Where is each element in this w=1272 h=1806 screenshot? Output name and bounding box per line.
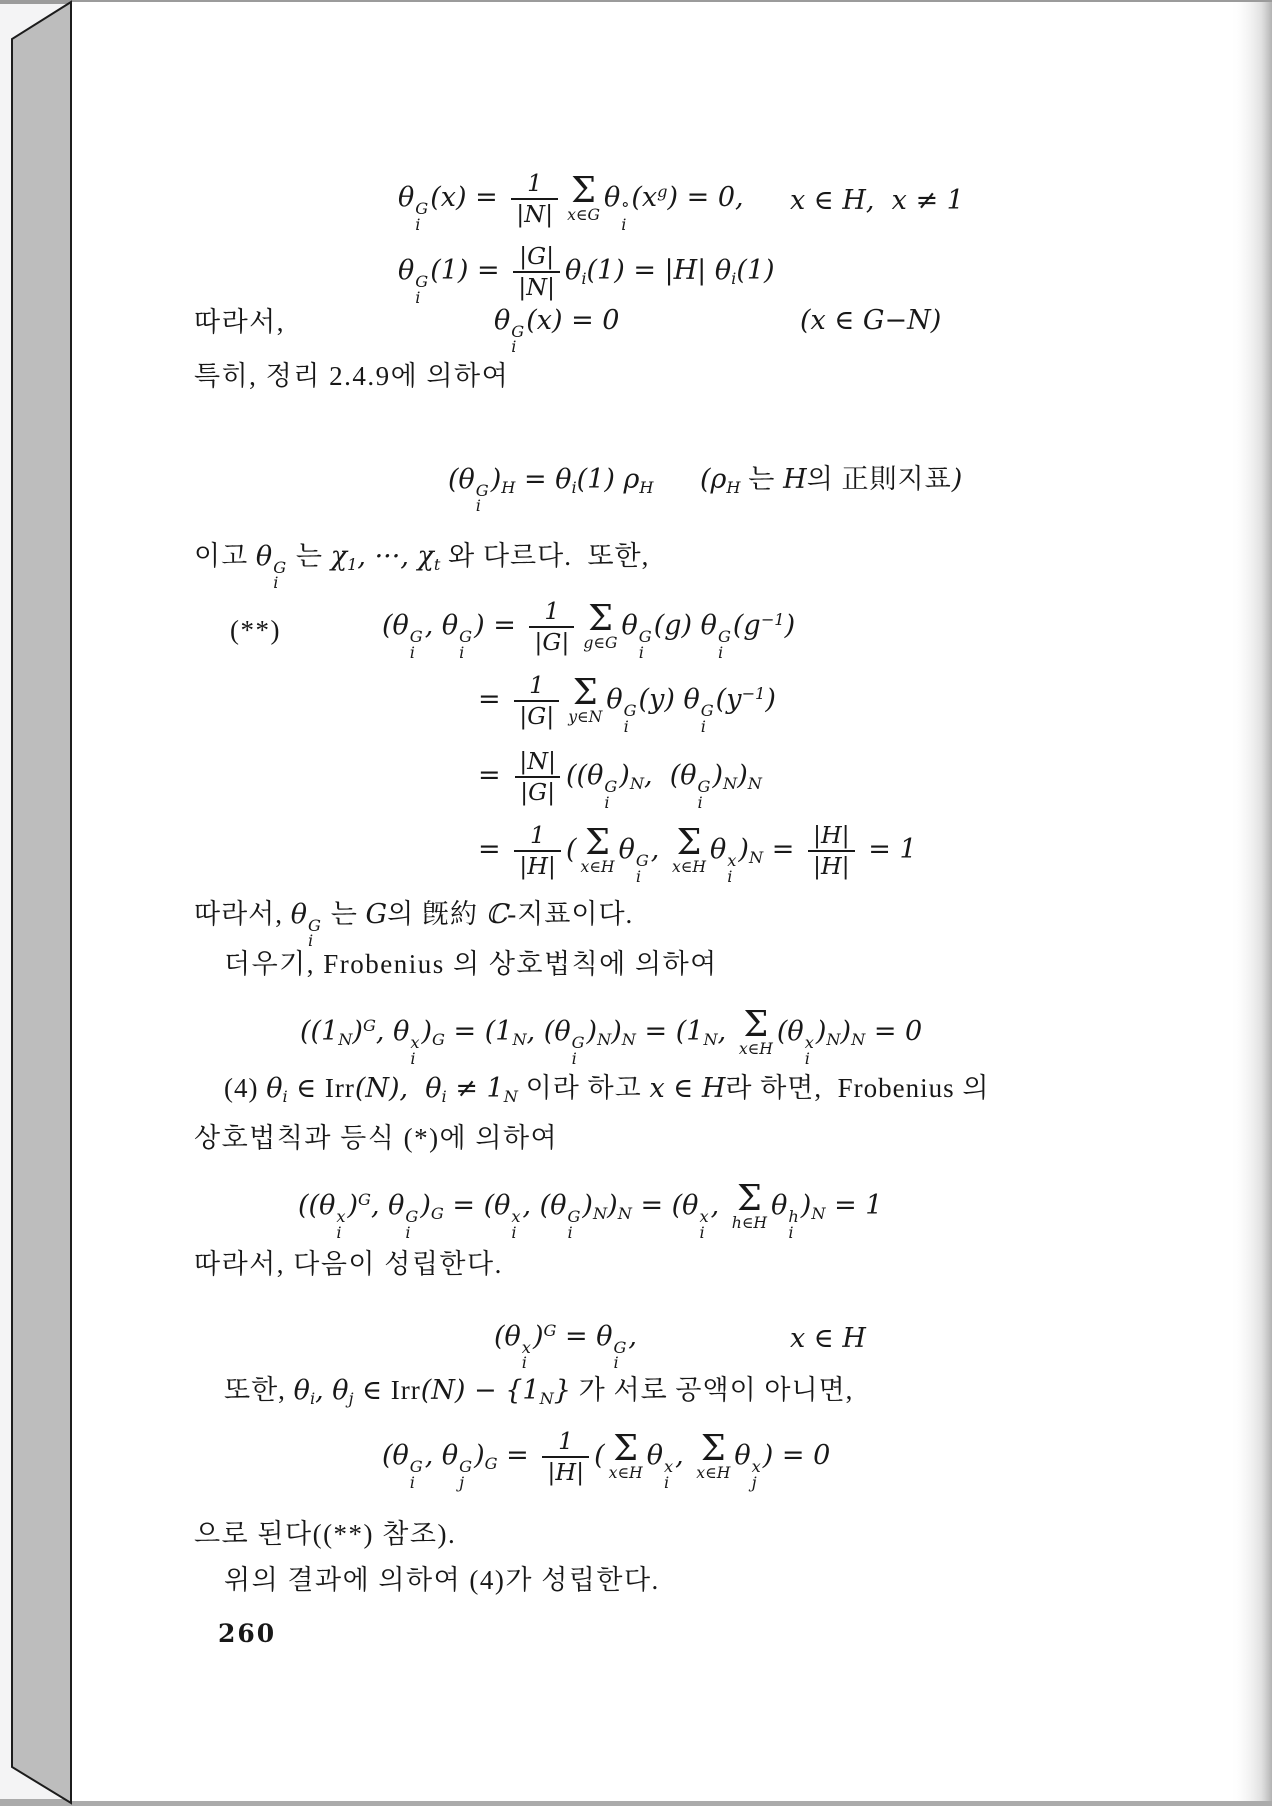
page-content: θGi(x) = 1|N|Σx∈Gθ°i(xg) = 0, x ∈ H, x ≠… [0,0,1272,1806]
text-by-theorem-249: 특히, 정리 2.4.9에 의하여 [194,360,509,394]
text-therefore: 따라서, [194,306,285,340]
equation-label-double-star: (**) [230,614,281,648]
equation-inner-product-1: (θGi, θGi) = 1|G|Σg∈GθGi(g) θGi(g−1) [382,598,795,660]
text-irreducible-conclusion: 따라서, θGi 는 G의 旣約 ℂ-지표이다. [194,898,633,949]
equation-restriction-regular: (θGi)H = θi(1) ρH [448,463,653,514]
text-following-holds: 따라서, 다음이 성립한다. [194,1248,503,1282]
text-reciprocity-and-star: 상호법칙과 등식 (*)에 의하여 [194,1122,558,1156]
equation-inner-product-4: = 1|H|(Σx∈HθGi, Σx∈Hθxi)N = |H||H| = 1 [478,822,917,884]
page-number: 260 [218,1618,276,1649]
text-not-conjugate: 또한, θi, θj ∈ Irr(N) − {1N} 가 서로 공액이 아니면, [224,1374,853,1408]
text-case-4: (4) θi ∈ Irr(N), θi ≠ 1N 이라 하고 x ∈ H라 하면… [224,1072,989,1106]
equation-conjugate-induced: (θxi)G = θGi, [494,1320,637,1371]
equation-note-regular-character: (ρH 는 H의 正則지표) [700,463,962,497]
equation-condition-g-minus-n: (x ∈ G−N) [800,304,941,338]
text-result-4-holds: 위의 결과에 의하여 (4)가 성립한다. [224,1564,660,1598]
equation-condition-x-in-h-not-1: x ∈ H, x ≠ 1 [790,184,964,218]
equation-inner-product-3: = |N||G|((θGi)N, (θGi)N)N [478,748,762,810]
equation-orthogonality-zero: (θGi, θGj)G = 1|H|(Σx∈Hθxi, Σx∈Hθxj) = 0 [382,1428,830,1490]
text-frobenius-reciprocity: 더우기, Frobenius 의 상호법칙에 의하여 [224,948,718,982]
text-distinct-from-chi: 이고 θGi 는 χ1, ···, χt 와 다르다. 또한, [194,540,649,591]
screenshot-root: θGi(x) = 1|N|Σx∈Gθ°i(xg) = 0, x ∈ H, x ≠… [0,0,1272,1806]
text-see-double-star: 으로 된다((**) 참조). [194,1518,456,1552]
equation-frobenius-zero: ((1N)G, θxi)G = (1N, (θGi)N)N = (1N, Σx∈… [300,1008,922,1066]
equation-condition-x-in-h: x ∈ H [790,1322,866,1356]
equation-inner-product-2: = 1|G|Σy∈NθGi(y) θGi(y−1) [478,672,776,734]
equation-induced-character-degree: θGi(1) = |G||N|θi(1) = |H| θi(1) [398,243,775,305]
equation-induced-character-vanishing: θGi(x) = 1|N|Σx∈Gθ°i(xg) = 0, [398,170,744,232]
equation-frobenius-one: ((θxi)G, θGi)G = (θxi, (θGi)N)N = (θxi, … [298,1182,882,1240]
equation-theta-zero: θGi(x) = 0 [494,304,619,355]
